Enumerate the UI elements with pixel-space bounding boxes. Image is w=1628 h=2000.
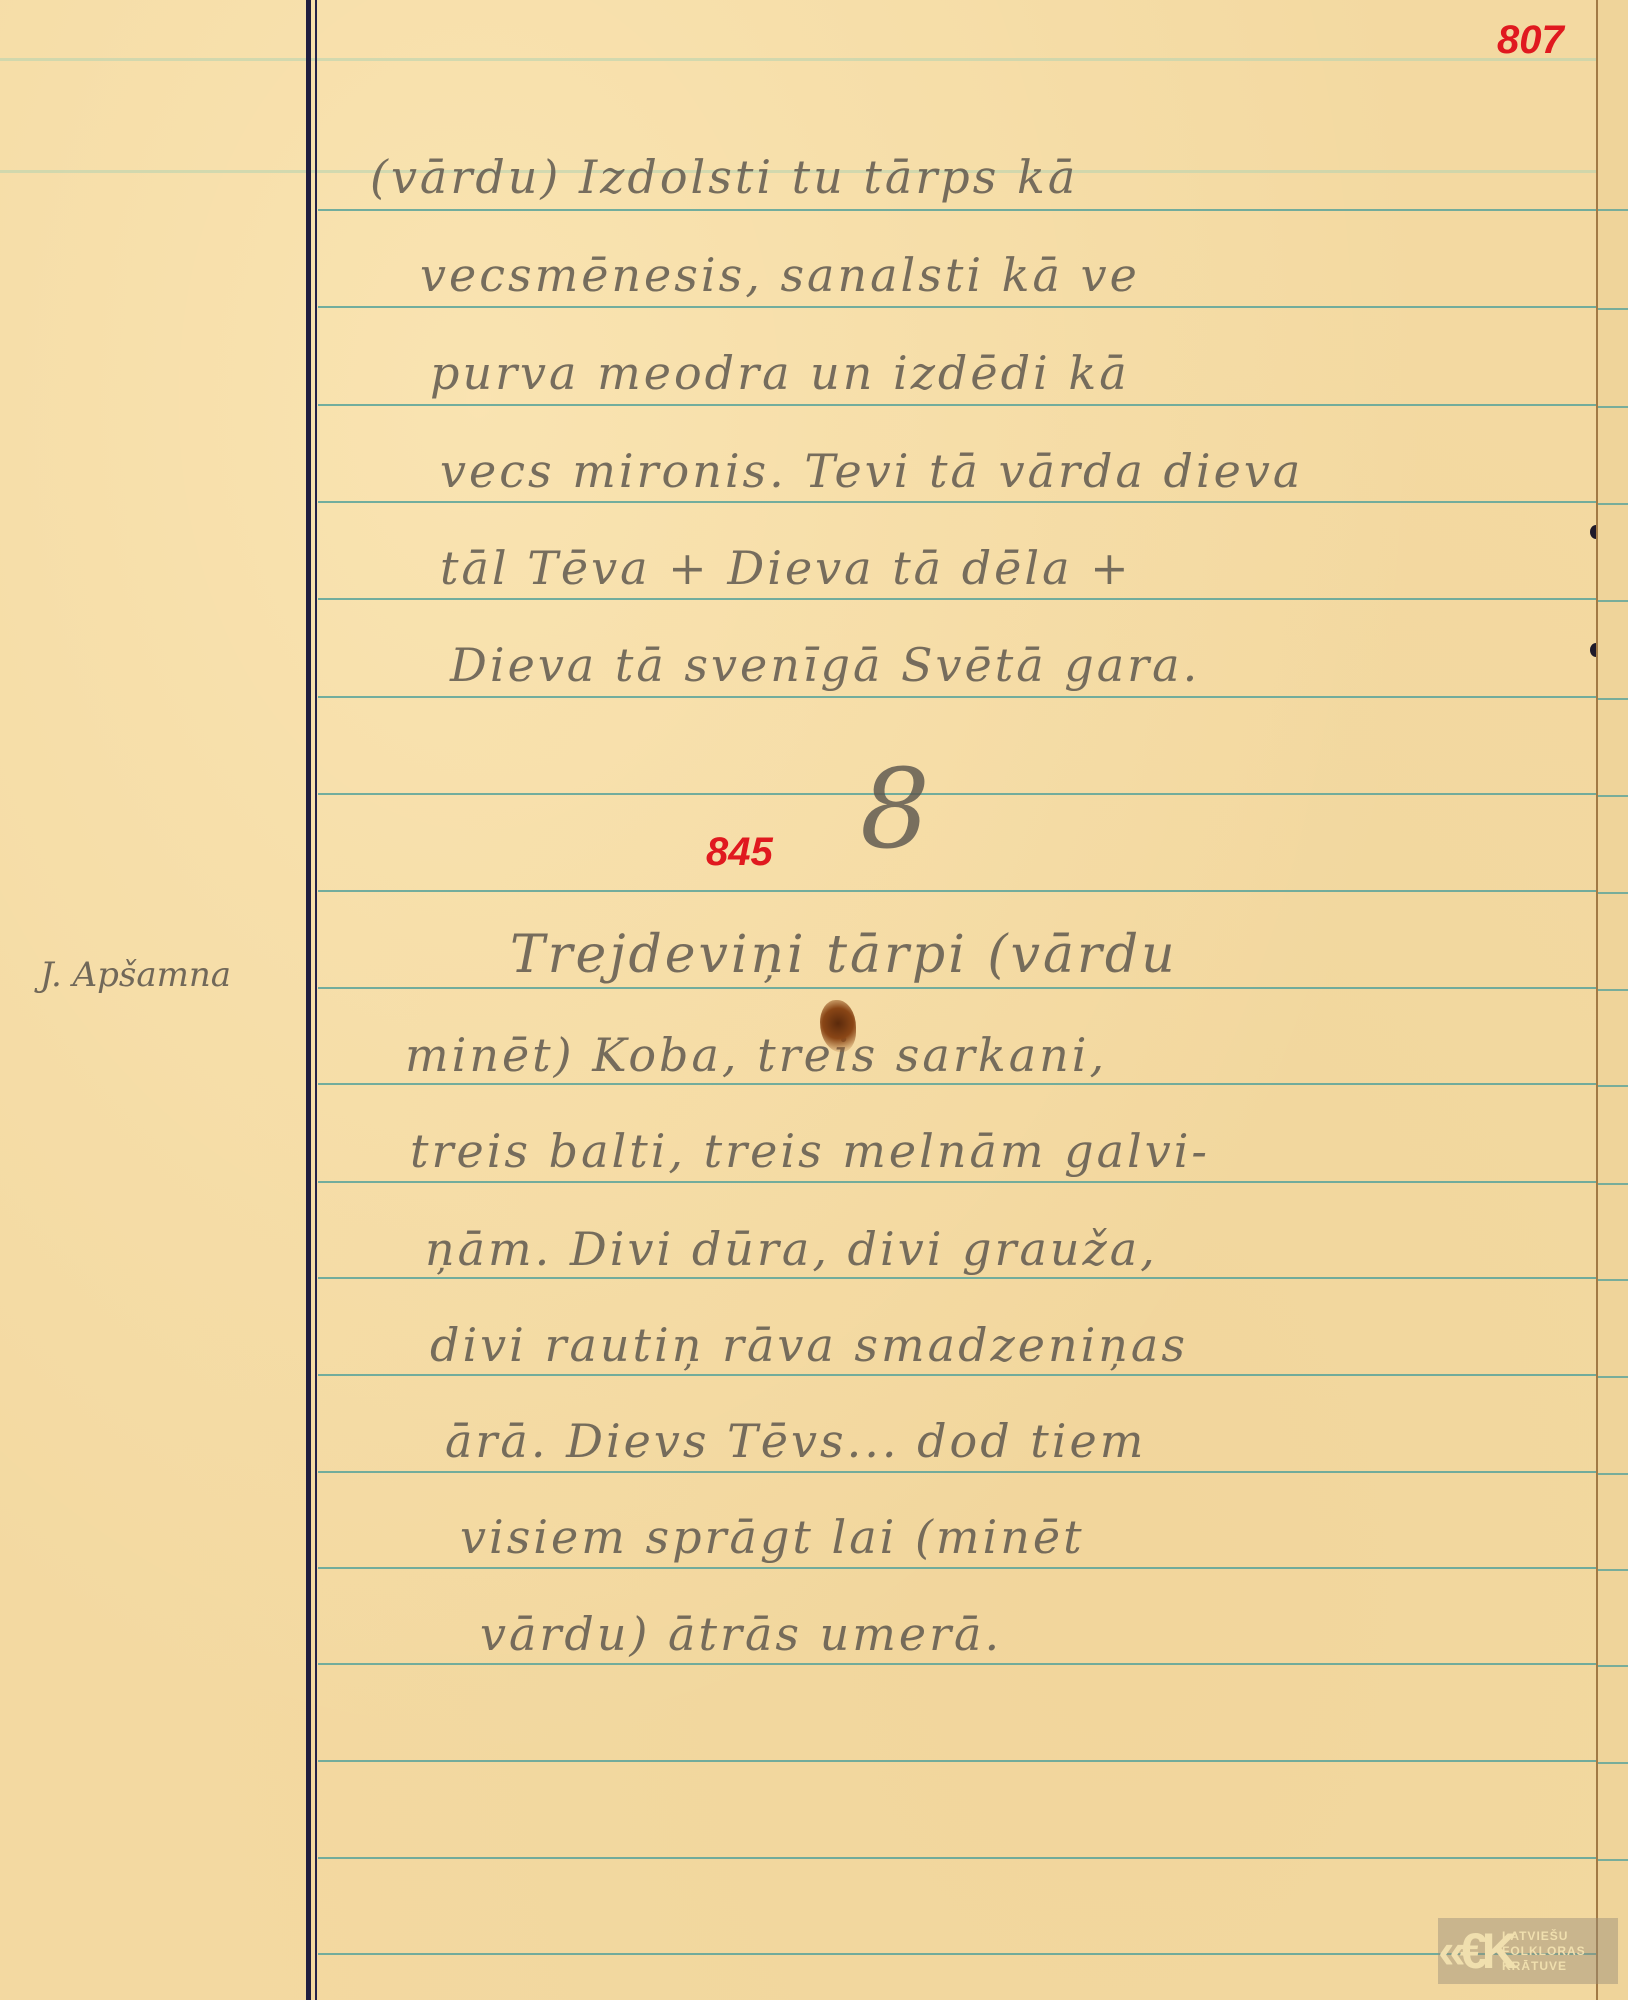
archive-name-line-2: FOLKLORAS (1502, 1944, 1586, 1959)
handwritten-line-3: purva meodra un izdēdi kā (430, 346, 1130, 400)
handwritten-line-6: Dieva tā svenīgā Svētā gara. (450, 638, 1200, 692)
margin-line-thick (306, 0, 311, 2000)
adjacent-page-edge (1596, 0, 1628, 2000)
ruled-line (1598, 989, 1628, 991)
item-number: 845 (706, 830, 773, 875)
notebook-page: 807 (vārdu) Izdolsti tu tārps kā vecsmēn… (0, 0, 1596, 2000)
ruled-line (318, 1953, 1596, 1955)
ruled-line (318, 209, 1596, 211)
ruled-line (1598, 308, 1628, 310)
ruled-line (1598, 1473, 1628, 1475)
handwritten-line-14: vārdu) ātrās umerā. (480, 1607, 1002, 1661)
margin-note: J. Apšamna (40, 955, 231, 995)
ruled-line (1598, 1762, 1628, 1764)
page-number: 807 (1497, 18, 1564, 63)
ruled-line (1598, 406, 1628, 408)
handwritten-line-1: (vārdu) Izdolsti tu tārps kā (370, 150, 1078, 204)
handwritten-line-7: Trejdeviņi tārpi (vārdu (510, 925, 1178, 985)
ruled-line (1598, 698, 1628, 700)
handwritten-line-2: vecsmēnesis, sanalsti kā ve (420, 248, 1140, 302)
handwritten-line-11: divi rautiņ rāva smadzeniņas (430, 1318, 1188, 1372)
ruled-line (1598, 1279, 1628, 1281)
section-number: 8 (860, 745, 930, 873)
ruled-line (1598, 892, 1628, 894)
ruled-line (1598, 1376, 1628, 1378)
ruled-line (318, 1760, 1596, 1762)
ruled-line (318, 1663, 1596, 1665)
ruled-line (1598, 1665, 1628, 1667)
handwritten-line-4: vecs mironis. Tevi tā vārda dieva (440, 444, 1303, 498)
ruled-line (318, 1567, 1596, 1569)
ruled-line (318, 404, 1596, 406)
ruled-line (318, 1083, 1596, 1085)
ruled-line (318, 306, 1596, 308)
ruled-line (1598, 209, 1628, 211)
ruled-line (318, 598, 1596, 600)
ruled-line (318, 501, 1596, 503)
ruled-line (318, 1471, 1596, 1473)
archive-name-line-1: LATVIEŠU (1502, 1929, 1586, 1944)
ruled-line (1598, 1569, 1628, 1571)
ruled-line (1598, 600, 1628, 602)
handwritten-line-5: tāl Tēva + Dieva tā dēla + (440, 541, 1132, 595)
ruled-line (318, 1857, 1596, 1859)
archive-logo-icon: «€K (1438, 1922, 1502, 1980)
archive-watermark: «€K LATVIEŠU FOLKLORAS KRĀTUVE (1438, 1918, 1618, 1984)
ruled-line (1598, 1859, 1628, 1861)
margin-line-thin (315, 0, 317, 2000)
ruled-line (1598, 1085, 1628, 1087)
ruled-line (318, 1374, 1596, 1376)
handwritten-line-9: treis balti, treis melnām galvi- (410, 1124, 1210, 1178)
ruled-line (318, 793, 1596, 795)
handwritten-line-13: visiem sprāgt lai (minēt (460, 1510, 1085, 1564)
ruled-line (1598, 503, 1628, 505)
ruled-line (318, 890, 1596, 892)
archive-name: LATVIEŠU FOLKLORAS KRĀTUVE (1502, 1929, 1586, 1974)
ruled-line (318, 696, 1596, 698)
ruled-line (318, 1181, 1596, 1183)
handwritten-line-8: minēt) Koba, treis sarkani, (405, 1028, 1107, 1082)
faint-rule (0, 58, 1596, 61)
handwritten-line-10: ņām. Divi dūra, divi grauža, (425, 1222, 1158, 1276)
ruled-line (1598, 795, 1628, 797)
archive-name-line-3: KRĀTUVE (1502, 1959, 1586, 1974)
ruled-line (318, 1277, 1596, 1279)
ruled-line (318, 987, 1596, 989)
ruled-line (1598, 1183, 1628, 1185)
handwritten-line-12: ārā. Dievs Tēvs... dod tiem (445, 1414, 1146, 1468)
